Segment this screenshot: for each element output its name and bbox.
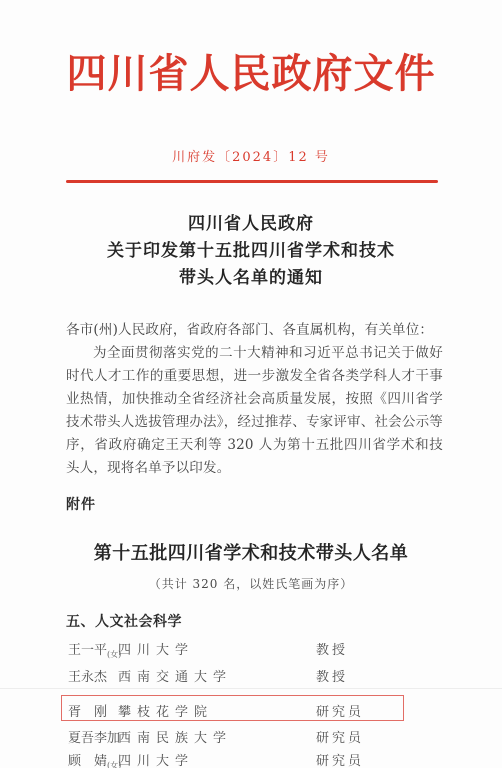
letterhead-banner: 四川省人民政府文件 xyxy=(0,42,502,99)
body-salutation: 各市(州)人民政府，省政府各部门、各直属机构，有关单位： xyxy=(66,319,443,342)
page-seam-line xyxy=(0,688,502,689)
row-institution: 西南交通大学 xyxy=(118,666,232,685)
notice-title-line3: 带头人名单的通知 xyxy=(0,265,502,292)
document-body: 各市(州)人民政府，省政府各部门、各直属机构，有关单位： 为全面贯彻落实党的二十… xyxy=(66,319,443,480)
table-row: 顾 婧(女) 四川大学 研究员 xyxy=(0,750,502,766)
row-job-title: 研究员 xyxy=(316,750,364,768)
row-name: 夏吾李加 xyxy=(68,727,120,747)
row-institution: 四川大学 xyxy=(118,639,194,658)
row-name: 王一平(女) xyxy=(68,639,121,660)
row-institution: 西南民族大学 xyxy=(118,727,232,746)
body-line-3: 业热情，加快推动全省经济社会高质量发展，按照《四川省学术和 xyxy=(66,388,443,411)
government-document-page: 四川省人民政府文件 川府发〔2024〕12 号 四川省人民政府 关于印发第十五批… xyxy=(0,0,502,768)
body-line-1: 为全面贯彻落实党的二十大精神和习近平总书记关于做好新 xyxy=(66,342,443,365)
body-closing-line: 头人，现将名单予以印发。 xyxy=(66,457,443,480)
row-institution: 攀枝花学院 xyxy=(118,701,213,720)
table-row: 夏吾李加 西南民族大学 研究员 xyxy=(0,727,502,743)
section-heading-humanities: 五、人文社会科学 xyxy=(66,611,182,631)
row-job-title: 教授 xyxy=(316,666,348,685)
body-line-5: 序，省政府确定王天利等 320 人为第十五批四川省学术和技术带 xyxy=(66,434,443,457)
appendix-list-title: 第十五批四川省学术和技术带头人名单 xyxy=(0,539,502,565)
row-institution: 四川大学 xyxy=(118,750,194,768)
body-line-2: 时代人才工作的重要思想，进一步激发全省各类学科人才干事创 xyxy=(66,365,443,388)
table-row-highlighted: 胥 刚 攀枝花学院 研究员 xyxy=(0,701,502,717)
row-name: 王永杰 xyxy=(68,666,107,686)
table-row: 王永杰 西南交通大学 教授 xyxy=(0,666,502,682)
body-line-4: 技术带头人选拔管理办法》，经过推荐、专家评审、社会公示等程 xyxy=(66,411,443,434)
notice-title-line2: 关于印发第十五批四川省学术和技术 xyxy=(0,238,502,265)
notice-title-line1: 四川省人民政府 xyxy=(0,211,502,238)
notice-title: 四川省人民政府 关于印发第十五批四川省学术和技术 带头人名单的通知 xyxy=(0,211,502,292)
row-job-title: 教授 xyxy=(316,639,348,658)
attachment-label: 附件 xyxy=(66,494,96,514)
letterhead-divider-line xyxy=(66,180,438,183)
row-job-title: 研究员 xyxy=(316,701,364,720)
appendix-list-subtitle: （共计 320 名，以姓氏笔画为序） xyxy=(0,575,502,592)
row-job-title: 研究员 xyxy=(316,727,364,746)
row-name: 胥 刚 xyxy=(68,701,107,721)
document-number: 川府发〔2024〕12 号 xyxy=(0,146,502,165)
row-name: 顾 婧(女) xyxy=(68,750,121,768)
table-row: 王一平(女) 四川大学 教授 xyxy=(0,639,502,655)
